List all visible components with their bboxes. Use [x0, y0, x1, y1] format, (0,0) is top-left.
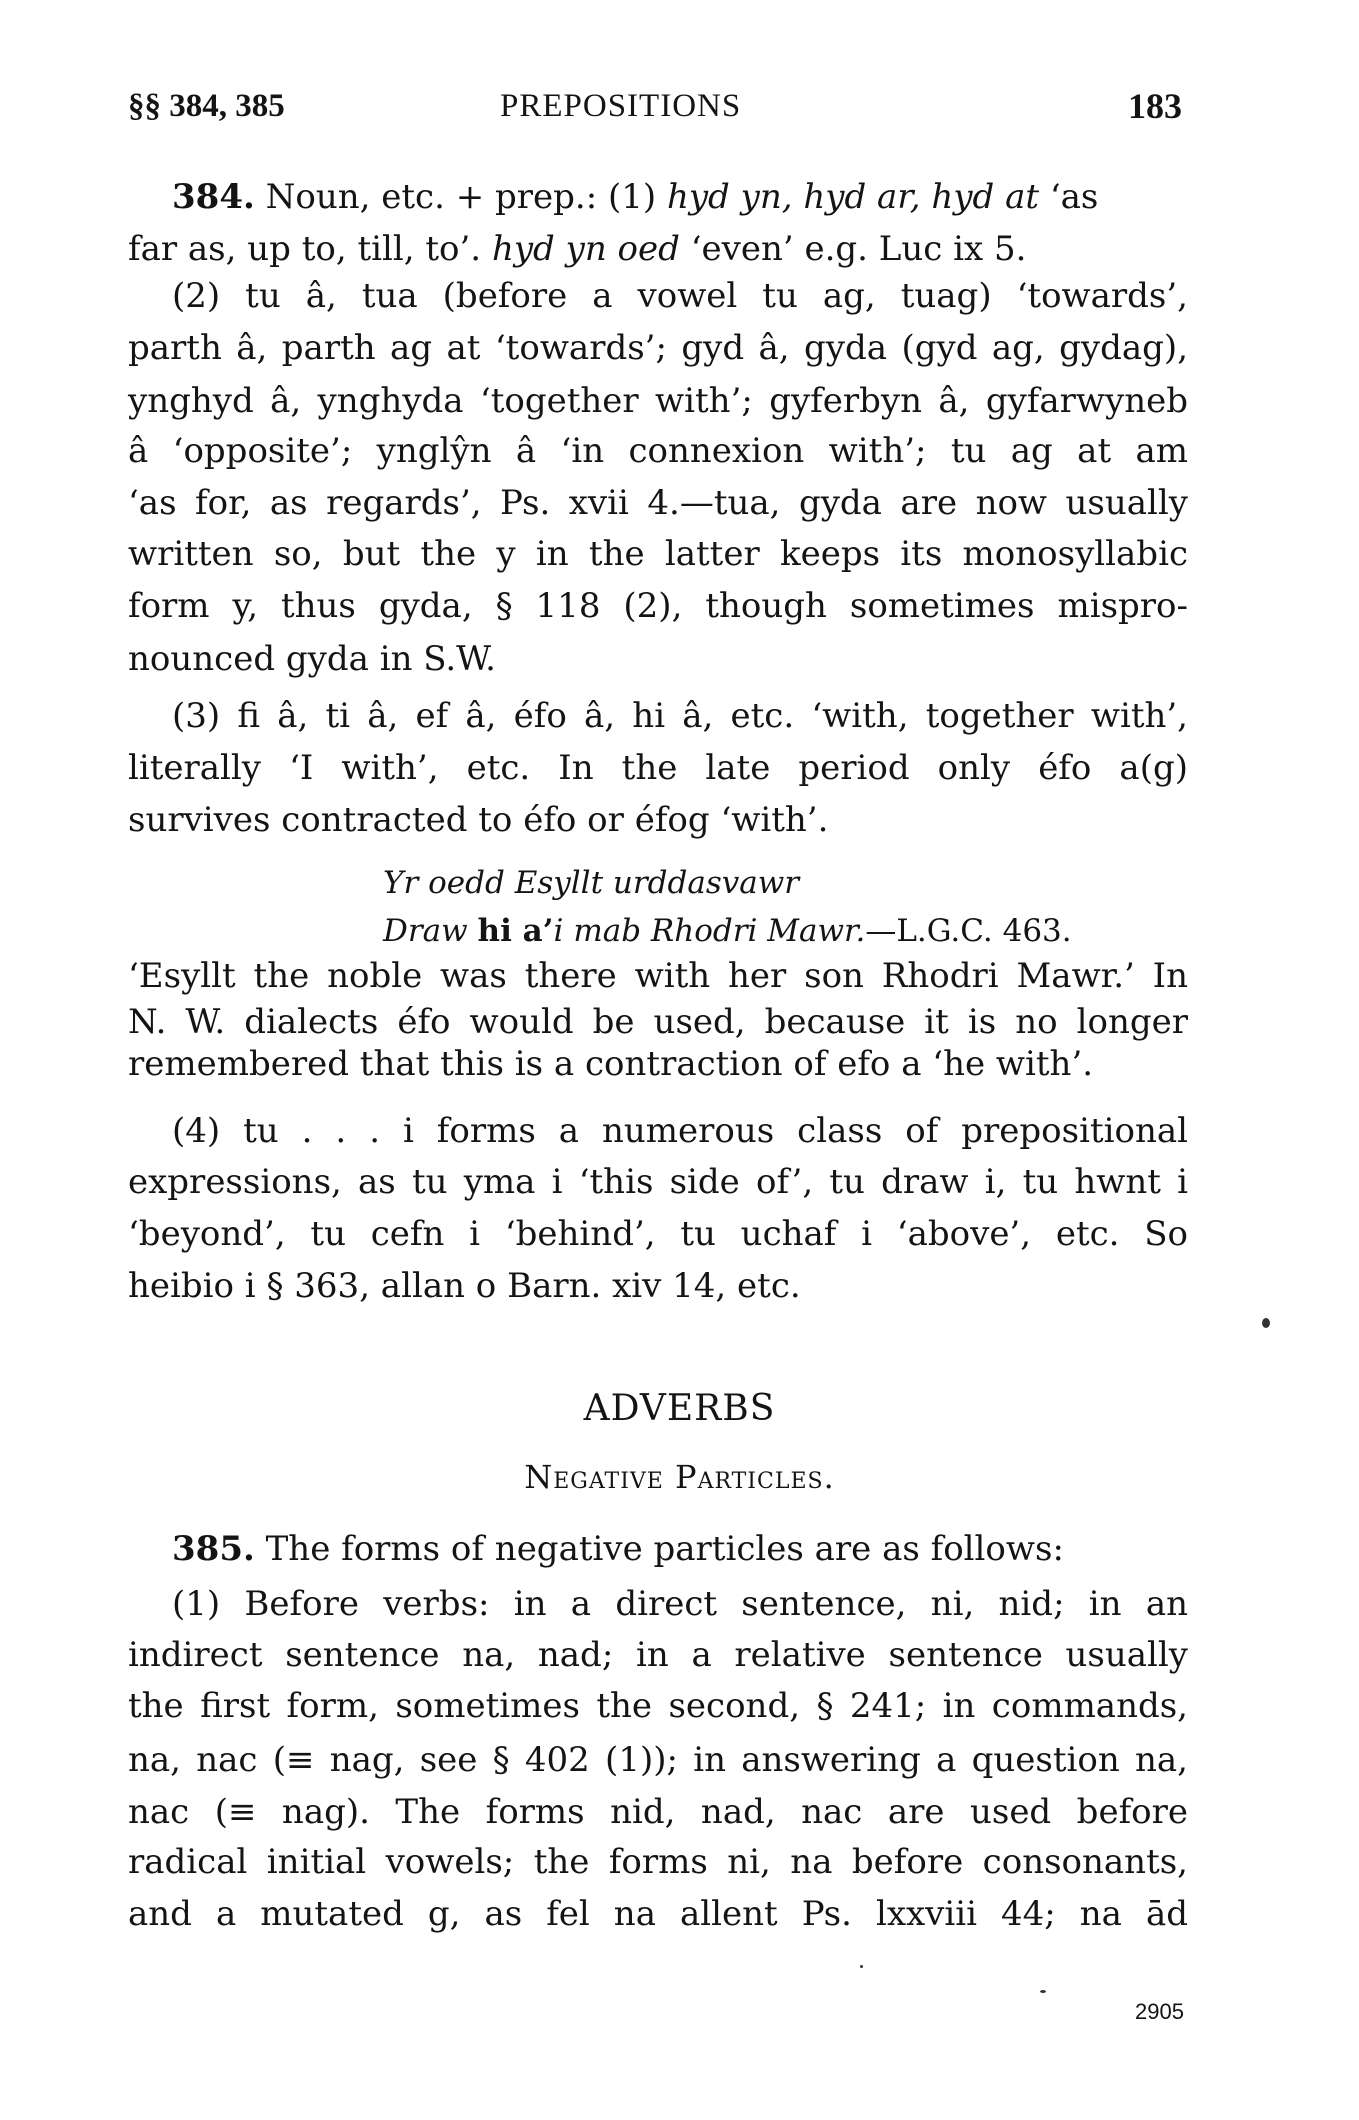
scan-speck — [1262, 1318, 1270, 1328]
item-4-line: expressions, as tu yma i ‘this side of’,… — [128, 1162, 1188, 1202]
item-3-line: survives contracted to éfo or éfog ‘with… — [128, 800, 1188, 840]
item-2-line: written so, but the y in the latter keep… — [128, 534, 1188, 574]
scan-speck — [860, 1965, 863, 1968]
verse-citation: —L.G.C. 463. — [865, 913, 1071, 949]
section-number: 384. — [172, 177, 255, 217]
scan-speck — [1040, 1990, 1046, 1993]
translation-line: N. W. dialects éfo would be used, becaus… — [128, 1002, 1188, 1042]
verse-line-2: Draw hi a’i mab Rhodri Mawr.—L.G.C. 463. — [383, 911, 1072, 951]
heading-negative-particles: Negative Particles. — [0, 1457, 1359, 1497]
translation-line: ‘Esyllt the noble was there with her son… — [128, 956, 1188, 996]
translation-line: remembered that this is a contraction of… — [128, 1044, 1188, 1084]
item-2-line: form y, thus gyda, § 118 (2), though som… — [128, 586, 1188, 626]
section-number: 385. — [172, 1529, 255, 1569]
item-2-line: â ‘opposite’; ynglŷn â ‘in connexion wit… — [128, 431, 1188, 471]
item-1-line: the first form, sometimes the second, § … — [128, 1686, 1188, 1726]
section-385-intro: 385. The forms of negative particles are… — [172, 1529, 1188, 1569]
running-header-sections: §§ 384, 385 — [128, 86, 285, 126]
item-4-line: heibio i § 363, allan o Barn. xiv 14, et… — [128, 1266, 1188, 1306]
item-4-line: ‘beyond’, tu cefn i ‘behind’, tu uchaf i… — [128, 1214, 1188, 1254]
item-4-line: (4) tu . . . i forms a numerous class of… — [172, 1111, 1188, 1151]
scan-number: 2905 — [1135, 1992, 1184, 2032]
running-header-title: PREPOSITIONS — [500, 86, 741, 126]
item-1-line: na, nac (≡ nag, see § 402 (1)); in answe… — [128, 1740, 1188, 1780]
item-1-line: indirect sentence na, nad; in a relative… — [128, 1635, 1188, 1675]
section-384-line-1: 384. Noun, etc. + prep.: (1) hyd yn, hyd… — [172, 177, 1188, 217]
item-1-line: and a mutated g, as fel na allent Ps. lx… — [128, 1894, 1188, 1934]
item-3-line: (3) fi â, ti â, ef â, éfo â, hi â, etc. … — [172, 696, 1188, 736]
section-384-line-2: far as, up to, till, to’. hyd yn oed ‘ev… — [128, 229, 1188, 269]
item-1-line: (1) Before verbs: in a direct sentence, … — [172, 1584, 1188, 1624]
item-2-line: (2) tu â, tua (before a vowel tu ag, tua… — [172, 276, 1188, 316]
item-2-line: parth â, parth ag at ‘towards’; gyd â, g… — [128, 328, 1188, 368]
verse-line-1: Yr oedd Esyllt urddasvawr — [383, 863, 799, 903]
item-3-line: literally ‘I with’, etc. In the late per… — [128, 748, 1188, 788]
item-1-line: radical initial vowels; the forms ni, na… — [128, 1842, 1188, 1882]
item-2-line: nounced gyda in S.W. — [128, 639, 1188, 679]
item-1-line: nac (≡ nag). The forms nid, nad, nac are… — [128, 1792, 1188, 1832]
item-2-line: ‘as for, as regards’, Ps. xvii 4.—tua, g… — [128, 483, 1188, 523]
item-2-line: ynghyd â, ynghyda ‘together with’; gyfer… — [128, 381, 1188, 421]
page-number: 183 — [1128, 86, 1182, 126]
heading-adverbs: ADVERBS — [0, 1389, 1359, 1429]
